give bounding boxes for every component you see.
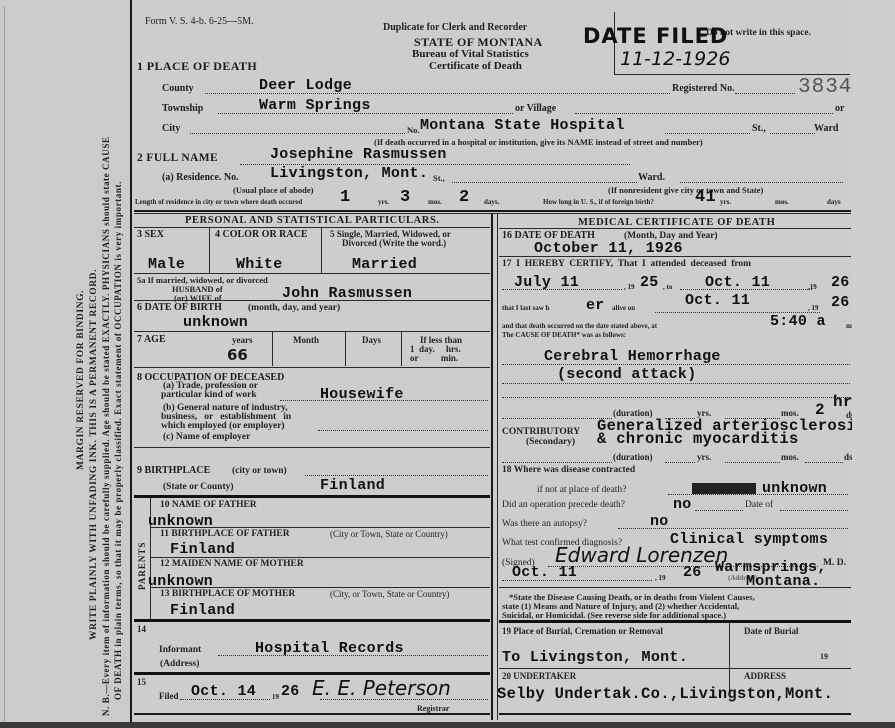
operation-label: Did an operation precede death?: [502, 500, 625, 510]
attended-to-year: 26: [831, 274, 850, 291]
city-label: City: [162, 123, 180, 134]
duration-label-2: (duration): [613, 452, 653, 462]
date-of-label: Date of: [745, 500, 773, 510]
institution-value: Montana State Hospital: [420, 117, 625, 134]
last-saw-year: 26: [831, 294, 850, 311]
occupation-b-label-3: which employed (or employer): [161, 421, 285, 431]
column-divider-right: [497, 213, 498, 720]
length-days-value: 2: [459, 188, 470, 207]
header-divider: [134, 210, 851, 212]
county-value: Deer Lodge: [259, 77, 352, 94]
birthplace-label: 9 BIRTHPLACE: [137, 465, 210, 476]
residence-st-label: St.,: [433, 173, 445, 183]
margin-reserved-text: MARGIN RESERVED FOR BINDING.: [76, 290, 86, 470]
nonresident-note: (If nonresident give city or town and St…: [608, 185, 763, 195]
place-of-death-label: 1 PLACE OF DEATH: [137, 59, 257, 74]
length-mos-label: mos.: [428, 198, 442, 206]
dob-label: 6 DATE OF BIRTH: [137, 302, 222, 313]
medical-header: MEDICAL CERTIFICATE OF DEATH: [578, 217, 775, 228]
township-label: Township: [162, 103, 203, 114]
burial-date-label: Date of Burial: [744, 626, 799, 636]
date-filed-stamp: DATE FILED: [583, 24, 728, 48]
length-yrs-label: yrs.: [378, 198, 389, 206]
marital-value: Married: [352, 256, 417, 273]
father-birthplace-value: Finland: [170, 541, 235, 558]
attended-from-year: 25: [640, 274, 659, 291]
cause-of-death-1: Cerebral Hemorrhage: [544, 348, 721, 365]
abode-note: (Usual place of abode): [233, 185, 314, 195]
father-birthplace-sublabel: (City or Town, State or Country): [330, 529, 448, 539]
stamp-box-bottom: [614, 74, 850, 75]
full-name-label: 2 FULL NAME: [137, 152, 218, 164]
signed-year-prefix: , 19: [655, 574, 666, 582]
duplicate-note: Duplicate for Clerk and Recorder: [383, 22, 527, 33]
last-saw-label: that I last saw h: [502, 304, 549, 312]
father-birthplace-label: 11 BIRTHPLACE OF FATHER: [160, 529, 290, 539]
mother-birthplace-label: 13 BIRTHPLACE OF MOTHER: [160, 589, 295, 599]
filed-year-value: 26: [281, 683, 300, 700]
undertaker-label: 20 UNDERTAKER: [502, 671, 576, 681]
birthplace-value: Finland: [320, 477, 385, 494]
burial-place-value: To Livingston, Mont.: [502, 649, 688, 666]
length-days-label: days.: [484, 198, 499, 206]
filed-date-value: Oct. 14: [191, 683, 256, 700]
birthplace-sublabel: (city or town): [232, 466, 287, 476]
village-label: or Village: [515, 103, 556, 114]
race-label: 4 COLOR OR RACE: [215, 229, 308, 240]
bureau-title: Bureau of Vital Statistics: [412, 48, 529, 60]
contracted-label: 18 Where was disease contracted: [502, 465, 635, 475]
us-residence-label: How long in U. S., if of foreign birth?: [543, 198, 654, 206]
marital-label-2: Divorced (Write the word.): [342, 238, 446, 248]
margin-edge-line: [4, 6, 5, 724]
undertaker-address-label: ADDRESS: [744, 671, 786, 681]
contributory-cause-2: & chronic myocarditis: [597, 430, 799, 448]
st-label: St.,: [752, 123, 766, 134]
last-saw-pronoun: er: [586, 297, 605, 314]
dob-value: unknown: [183, 314, 248, 331]
footnote-3: Suicidal, or Homicidal. (See reverse sid…: [502, 610, 726, 620]
occupation-c-label: (c) Name of employer: [163, 432, 250, 442]
duration-yrs-label-2: yrs.: [697, 452, 711, 462]
filed-year-prefix: 19: [272, 693, 279, 701]
margin-nb-text-2: OF DEATH in plain terms, so that it may …: [113, 181, 123, 700]
burial-place-label: 19 Place of Burial, Cremation or Removal: [502, 626, 663, 636]
registrar-label: Registrar: [417, 704, 449, 713]
autopsy-value: no: [650, 513, 669, 530]
duration-mos-label-2: mos.: [781, 452, 799, 462]
time-of-death-label: and that death occurred on the date stat…: [502, 322, 657, 330]
informant-address-label: (Address): [160, 659, 199, 669]
father-name-label: 10 NAME OF FATHER: [160, 500, 257, 510]
column-divider-left: [491, 213, 493, 720]
informant-number: 14: [137, 624, 146, 634]
age-years-label: years: [232, 335, 253, 345]
mother-birthplace-sublabel: (City, or Town, State or Country): [330, 589, 449, 599]
age-days-label: Days: [362, 335, 381, 345]
us-years-value: 41: [695, 188, 716, 207]
full-name-value: Josephine Rasmussen: [270, 146, 447, 163]
parents-side-label: PARENTS: [137, 542, 147, 590]
length-months-value: 3: [400, 188, 411, 207]
form-number: Form V. S. 4-b. 6-25---5M.: [145, 16, 254, 27]
from-year-prefix: , 19: [624, 283, 635, 291]
binding-margin: MARGIN RESERVED FOR BINDING. WRITE PLAIN…: [0, 0, 132, 728]
burial-year-prefix: 19: [820, 652, 828, 661]
us-mos-label: mos.: [775, 198, 789, 206]
to-year-prefix: ,19: [808, 283, 817, 291]
last-saw-date: Oct. 11: [685, 292, 750, 309]
age-month-label: Month: [293, 335, 319, 345]
township-value: Warm Springs: [259, 97, 371, 114]
margin-nb-text-1: N. B.—Every item of information should b…: [101, 136, 111, 716]
occupation-a-label-2: particular kind of work: [161, 390, 257, 400]
occupation-value: Housewife: [320, 386, 404, 403]
length-years-value: 1: [340, 188, 351, 207]
race-value: White: [236, 256, 283, 273]
informant-label: Informant: [159, 645, 201, 655]
registered-number: 3834: [798, 76, 852, 99]
cause-of-death-2: (second attack): [557, 366, 697, 383]
death-certificate: MARGIN RESERVED FOR BINDING. WRITE PLAIN…: [0, 0, 895, 728]
us-yrs-label: yrs.: [720, 198, 731, 206]
autopsy-label: Was there an autopsy?: [502, 519, 587, 529]
contracted-value: unknown: [762, 480, 827, 497]
residence-ward-label: Ward.: [638, 172, 665, 183]
date-filed-handwritten: 11-12-1926: [620, 48, 730, 70]
age-label: 7 AGE: [137, 334, 166, 345]
bottom-edge: [0, 722, 895, 728]
struck-out-text: [692, 483, 756, 494]
physician-signature: Edward Lorenzen: [555, 543, 728, 567]
county-label: County: [162, 83, 194, 94]
length-residence-label: Length of residence in city or town wher…: [135, 198, 302, 206]
signed-date-value: Oct. 11: [512, 564, 577, 581]
certify-label: 17 I HEREBY CERTIFY, That I attended dec…: [502, 259, 751, 269]
last-year-prefix: , 19: [808, 304, 819, 312]
mother-birthplace-value: Finland: [170, 602, 235, 619]
residence-label: (a) Residence. No.: [162, 172, 239, 183]
informant-value: Hospital Records: [255, 640, 404, 657]
sex-value: Male: [148, 256, 185, 273]
to-label: , to: [663, 283, 672, 291]
signed-year-value: 26: [683, 564, 702, 581]
sex-label: 3 SEX: [137, 229, 164, 240]
margin-write-plainly-text: WRITE PLAINLY WITH UNFADING INK. THIS IS…: [89, 269, 99, 640]
cause-of-death-label: The CAUSE OF DEATH* was as follows:: [502, 331, 626, 339]
right-paper-edge: [852, 0, 895, 728]
date-of-death-value: October 11, 1926: [534, 240, 683, 257]
or-label: or: [835, 103, 844, 114]
personal-header: PERSONAL AND STATISTICAL PARTICULARS.: [185, 215, 440, 226]
attended-from-value: July 11: [514, 274, 579, 291]
dob-sublabel: (month, day, and year): [248, 303, 340, 313]
not-at-place-label: if not at place of death?: [537, 485, 626, 495]
certificate-title: Certificate of Death: [429, 60, 522, 72]
filed-number: 15: [137, 677, 146, 687]
operation-value: no: [673, 496, 692, 513]
secondary-label: (Secondary): [526, 437, 575, 447]
time-of-death-value: 5:40 a: [770, 313, 826, 330]
undertaker-value: Selby Undertak.Co.,Livingston,Mont.: [497, 685, 833, 703]
ward-label: Ward: [814, 123, 838, 134]
filed-label: Filed: [159, 691, 179, 701]
age-less-label-3: or min.: [410, 353, 458, 363]
registered-label: Registered No.: [672, 83, 735, 94]
birthplace-state-label: (State or County): [163, 482, 234, 492]
mother-name-label: 12 MAIDEN NAME OF MOTHER: [160, 559, 304, 569]
contributory-label: CONTRIBUTORY: [502, 427, 580, 437]
registrar-signature: E. E. Peterson: [312, 676, 451, 700]
no-label: No.: [407, 125, 420, 135]
alive-on-label: alive on: [612, 304, 635, 312]
us-days-label: days: [827, 198, 841, 206]
attended-to-value: Oct. 11: [705, 274, 770, 291]
residence-value: Livingston, Mont.: [270, 165, 428, 182]
age-years-value: 66: [227, 346, 248, 364]
